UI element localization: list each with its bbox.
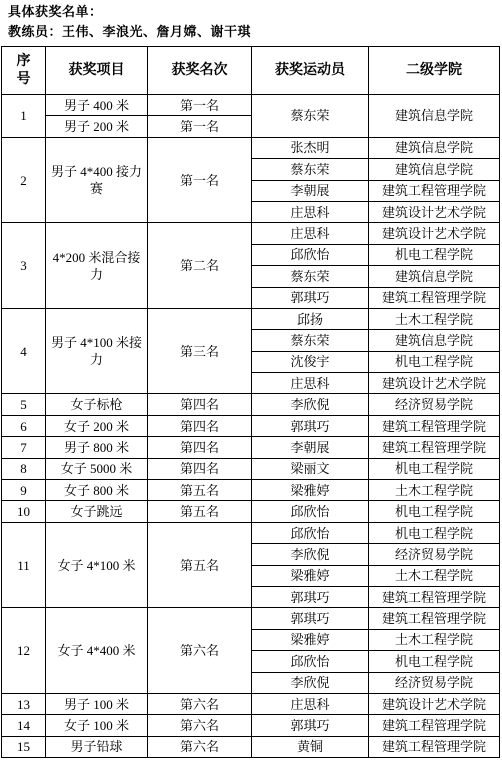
athlete-cell: 邱欣怡: [252, 522, 369, 543]
project-cell: 男子 4*100 米接力: [46, 308, 148, 394]
athlete-cell: 邱扬: [252, 308, 369, 329]
athlete-cell: 李欣倪: [252, 672, 369, 693]
athlete-cell: 蔡东荣: [252, 159, 369, 180]
page-title: 具体获奖名单：: [8, 2, 502, 22]
column-header-project: 获奖项目: [46, 47, 148, 95]
rank-cell: 第四名: [148, 458, 252, 479]
rank-cell: 第四名: [148, 394, 252, 415]
rank-cell: 第六名: [148, 715, 252, 736]
college-cell: 建筑工程管理学院: [369, 180, 500, 201]
column-header-college: 二级学院: [369, 47, 500, 95]
athlete-cell: 蔡东荣: [252, 266, 369, 287]
rank-cell: 第四名: [148, 437, 252, 458]
column-header-no: 序号: [2, 47, 46, 95]
college-cell: 机电工程学院: [369, 351, 500, 372]
table-row: 11女子 4*100 米第五名邱欣怡机电工程学院: [2, 522, 500, 543]
project-cell: 女子标枪: [46, 394, 148, 415]
table-row: 12女子 4*400 米第六名郭琪巧建筑工程管理学院: [2, 608, 500, 629]
college-cell: 建筑工程管理学院: [369, 287, 500, 308]
no-cell: 14: [2, 715, 46, 736]
project-cell: 男子 800 米: [46, 437, 148, 458]
no-cell: 2: [2, 137, 46, 223]
college-cell: 建筑信息学院: [369, 266, 500, 287]
table-row: 14女子 100 米第六名郭琪巧建筑工程管理学院: [2, 715, 500, 736]
college-cell: 建筑设计艺术学院: [369, 201, 500, 222]
no-cell: 10: [2, 501, 46, 522]
table-row: 4男子 4*100 米接力第三名邱扬土木工程学院: [2, 308, 500, 329]
athlete-cell: 李朝展: [252, 180, 369, 201]
athlete-cell: 李欣倪: [252, 394, 369, 415]
rank-cell: 第二名: [148, 223, 252, 309]
athlete-cell: 郭琪巧: [252, 287, 369, 308]
athlete-cell: 郭琪巧: [252, 715, 369, 736]
no-cell: 4: [2, 308, 46, 394]
no-cell: 1: [2, 95, 46, 138]
no-cell: 9: [2, 480, 46, 501]
athlete-cell: 庄思科: [252, 693, 369, 714]
no-cell: 12: [2, 608, 46, 694]
document-page: 具体获奖名单： 教练员：王伟、李浪光、詹月嫦、谢干琪 序号获奖项目获奖名次获奖运…: [0, 2, 502, 760]
athlete-cell: 郭琪巧: [252, 586, 369, 607]
table-row: 8女子 5000 米第四名梁丽文机电工程学院: [2, 458, 500, 479]
college-cell: 建筑信息学院: [369, 95, 500, 138]
table-row: 6女子 200 米第四名郭琪巧建筑工程管理学院: [2, 415, 500, 436]
athlete-cell: 蔡东荣: [252, 95, 369, 138]
college-cell: 建筑工程管理学院: [369, 608, 500, 629]
project-cell: 男子 200 米: [46, 116, 148, 137]
rank-cell: 第三名: [148, 308, 252, 394]
college-cell: 机电工程学院: [369, 458, 500, 479]
table-row: 5女子标枪第四名李欣倪经济贸易学院: [2, 394, 500, 415]
college-cell: 建筑设计艺术学院: [369, 223, 500, 244]
project-cell: 女子跳远: [46, 501, 148, 522]
table-header-row: 序号获奖项目获奖名次获奖运动员二级学院: [2, 47, 500, 95]
college-cell: 建筑工程管理学院: [369, 736, 500, 757]
athlete-cell: 郭琪巧: [252, 608, 369, 629]
athlete-cell: 沈俊宇: [252, 351, 369, 372]
athlete-cell: 梁雅婷: [252, 565, 369, 586]
athlete-cell: 黄铜: [252, 736, 369, 757]
project-cell: 男子 400 米: [46, 95, 148, 116]
no-cell: 8: [2, 458, 46, 479]
no-cell: 13: [2, 693, 46, 714]
table-row: 7男子 800 米第四名李朝展建筑工程管理学院: [2, 437, 500, 458]
athlete-cell: 李欣倪: [252, 544, 369, 565]
no-cell: 6: [2, 415, 46, 436]
college-cell: 建筑工程管理学院: [369, 715, 500, 736]
athlete-cell: 郭琪巧: [252, 415, 369, 436]
project-cell: 女子 100 米: [46, 715, 148, 736]
college-cell: 经济贸易学院: [369, 672, 500, 693]
no-cell: 11: [2, 522, 46, 608]
college-cell: 机电工程学院: [369, 522, 500, 543]
project-cell: 女子 5000 米: [46, 458, 148, 479]
table-row: 13男子 100 米第六名庄思科建筑设计艺术学院: [2, 693, 500, 714]
project-cell: 女子 800 米: [46, 480, 148, 501]
table-row: 2男子 4*400 接力赛第一名张杰明建筑信息学院: [2, 137, 500, 158]
rank-cell: 第一名: [148, 95, 252, 116]
no-cell: 3: [2, 223, 46, 309]
rank-cell: 第一名: [148, 116, 252, 137]
athlete-cell: 庄思科: [252, 373, 369, 394]
project-cell: 女子 4*100 米: [46, 522, 148, 608]
college-cell: 土木工程学院: [369, 565, 500, 586]
athlete-cell: 庄思科: [252, 201, 369, 222]
college-cell: 建筑信息学院: [369, 137, 500, 158]
athlete-cell: 邱欣怡: [252, 244, 369, 265]
athlete-cell: 李朝展: [252, 437, 369, 458]
project-cell: 男子铅球: [46, 736, 148, 757]
athlete-cell: 梁雅婷: [252, 480, 369, 501]
college-cell: 土木工程学院: [369, 480, 500, 501]
rank-cell: 第五名: [148, 522, 252, 608]
rank-cell: 第五名: [148, 501, 252, 522]
no-cell: 7: [2, 437, 46, 458]
table-row: 9女子 800 米第五名梁雅婷土木工程学院: [2, 480, 500, 501]
athlete-cell: 张杰明: [252, 137, 369, 158]
athlete-cell: 梁丽文: [252, 458, 369, 479]
rank-cell: 第五名: [148, 480, 252, 501]
no-cell: 5: [2, 394, 46, 415]
college-cell: 建筑工程管理学院: [369, 586, 500, 607]
project-cell: 女子 4*400 米: [46, 608, 148, 694]
college-cell: 经济贸易学院: [369, 544, 500, 565]
no-cell: 15: [2, 736, 46, 757]
rank-cell: 第一名: [148, 137, 252, 223]
table-row: 15男子铅球第六名黄铜建筑工程管理学院: [2, 736, 500, 757]
athlete-cell: 邱欣怡: [252, 501, 369, 522]
college-cell: 机电工程学院: [369, 501, 500, 522]
rank-cell: 第六名: [148, 736, 252, 757]
college-cell: 土木工程学院: [369, 629, 500, 650]
college-cell: 建筑工程管理学院: [369, 415, 500, 436]
project-cell: 男子 100 米: [46, 693, 148, 714]
table-row: 34*200 米混合接力第二名庄思科建筑设计艺术学院: [2, 223, 500, 244]
college-cell: 建筑设计艺术学院: [369, 693, 500, 714]
college-cell: 机电工程学院: [369, 244, 500, 265]
rank-cell: 第六名: [148, 693, 252, 714]
college-cell: 建筑信息学院: [369, 159, 500, 180]
rank-cell: 第四名: [148, 415, 252, 436]
project-cell: 男子 4*400 接力赛: [46, 137, 148, 223]
college-cell: 建筑工程管理学院: [369, 437, 500, 458]
college-cell: 机电工程学院: [369, 651, 500, 672]
college-cell: 土木工程学院: [369, 308, 500, 329]
college-cell: 建筑信息学院: [369, 330, 500, 351]
awards-table: 序号获奖项目获奖名次获奖运动员二级学院 1男子 400 米第一名蔡东荣建筑信息学…: [1, 46, 500, 758]
athlete-cell: 庄思科: [252, 223, 369, 244]
column-header-athlete: 获奖运动员: [252, 47, 369, 95]
project-cell: 4*200 米混合接力: [46, 223, 148, 309]
table-row: 1男子 400 米第一名蔡东荣建筑信息学院: [2, 95, 500, 116]
project-cell: 女子 200 米: [46, 415, 148, 436]
rank-cell: 第六名: [148, 608, 252, 694]
college-cell: 建筑设计艺术学院: [369, 373, 500, 394]
college-cell: 经济贸易学院: [369, 394, 500, 415]
athlete-cell: 邱欣怡: [252, 651, 369, 672]
athlete-cell: 蔡东荣: [252, 330, 369, 351]
athlete-cell: 梁雅婷: [252, 629, 369, 650]
column-header-rank: 获奖名次: [148, 47, 252, 95]
coaches-line: 教练员：王伟、李浪光、詹月嫦、谢干琪: [8, 22, 502, 42]
table-row: 10女子跳远第五名邱欣怡机电工程学院: [2, 501, 500, 522]
